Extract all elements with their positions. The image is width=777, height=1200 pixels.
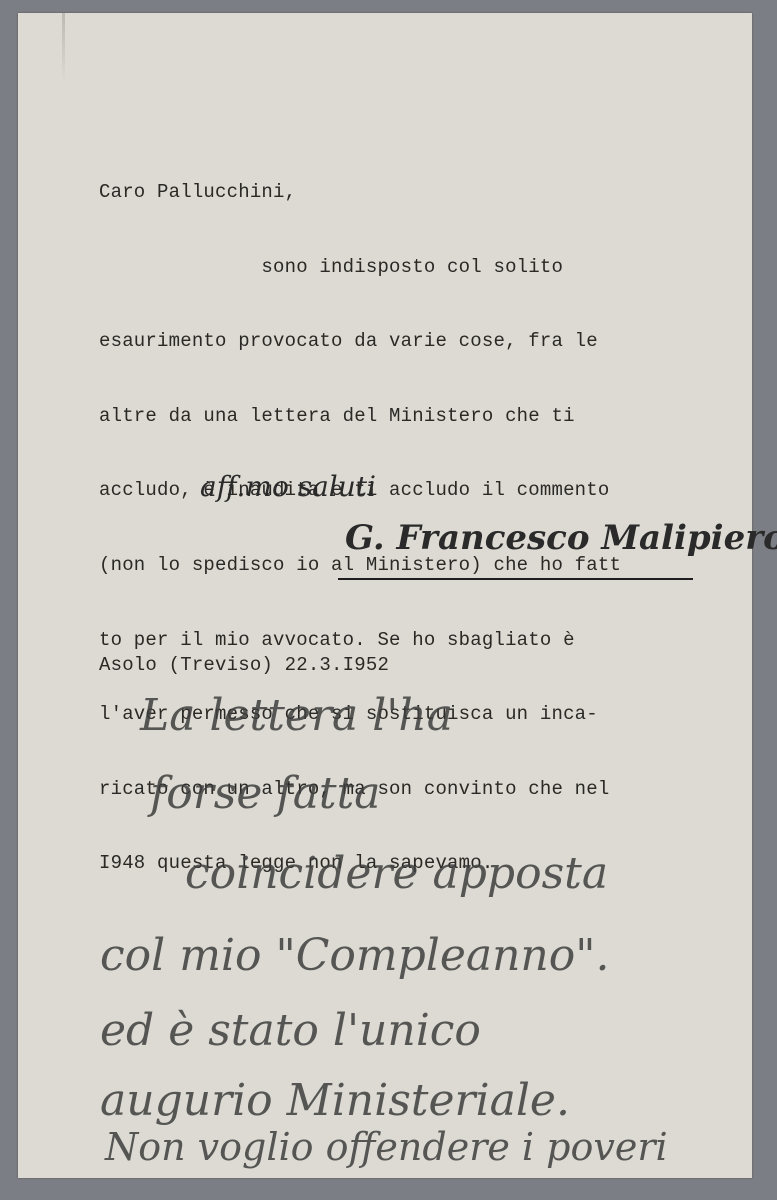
handwritten-closing: aff.mo saluti <box>200 470 376 503</box>
body-line: sono indisposto col solito <box>99 252 621 283</box>
signature: G. Francesco Malipiero <box>345 518 777 558</box>
place-date: Asolo (Treviso) 22.3.I952 <box>99 606 389 703</box>
body-line: altre da una lettera del Ministero che t… <box>99 401 621 432</box>
postscript-line: La lettera l'ha <box>140 690 453 741</box>
body-line: esaurimento provocato da varie cose, fra… <box>99 326 621 357</box>
postscript-line: col mio "Compleanno". <box>100 930 609 981</box>
place-date-text: Asolo (Treviso) 22.3.I952 <box>99 650 389 681</box>
postscript-line: Non voglio offendere i poveri <box>105 1125 668 1169</box>
postscript-line: forse fatta <box>150 768 381 819</box>
postscript-line: coincidere apposta <box>185 848 608 899</box>
salutation: Caro Pallucchini, <box>99 177 621 208</box>
postscript-line: ed è stato l'unico <box>100 1005 481 1056</box>
postscript-line: augurio Ministeriale. <box>100 1075 570 1126</box>
signature-underline <box>338 578 693 580</box>
